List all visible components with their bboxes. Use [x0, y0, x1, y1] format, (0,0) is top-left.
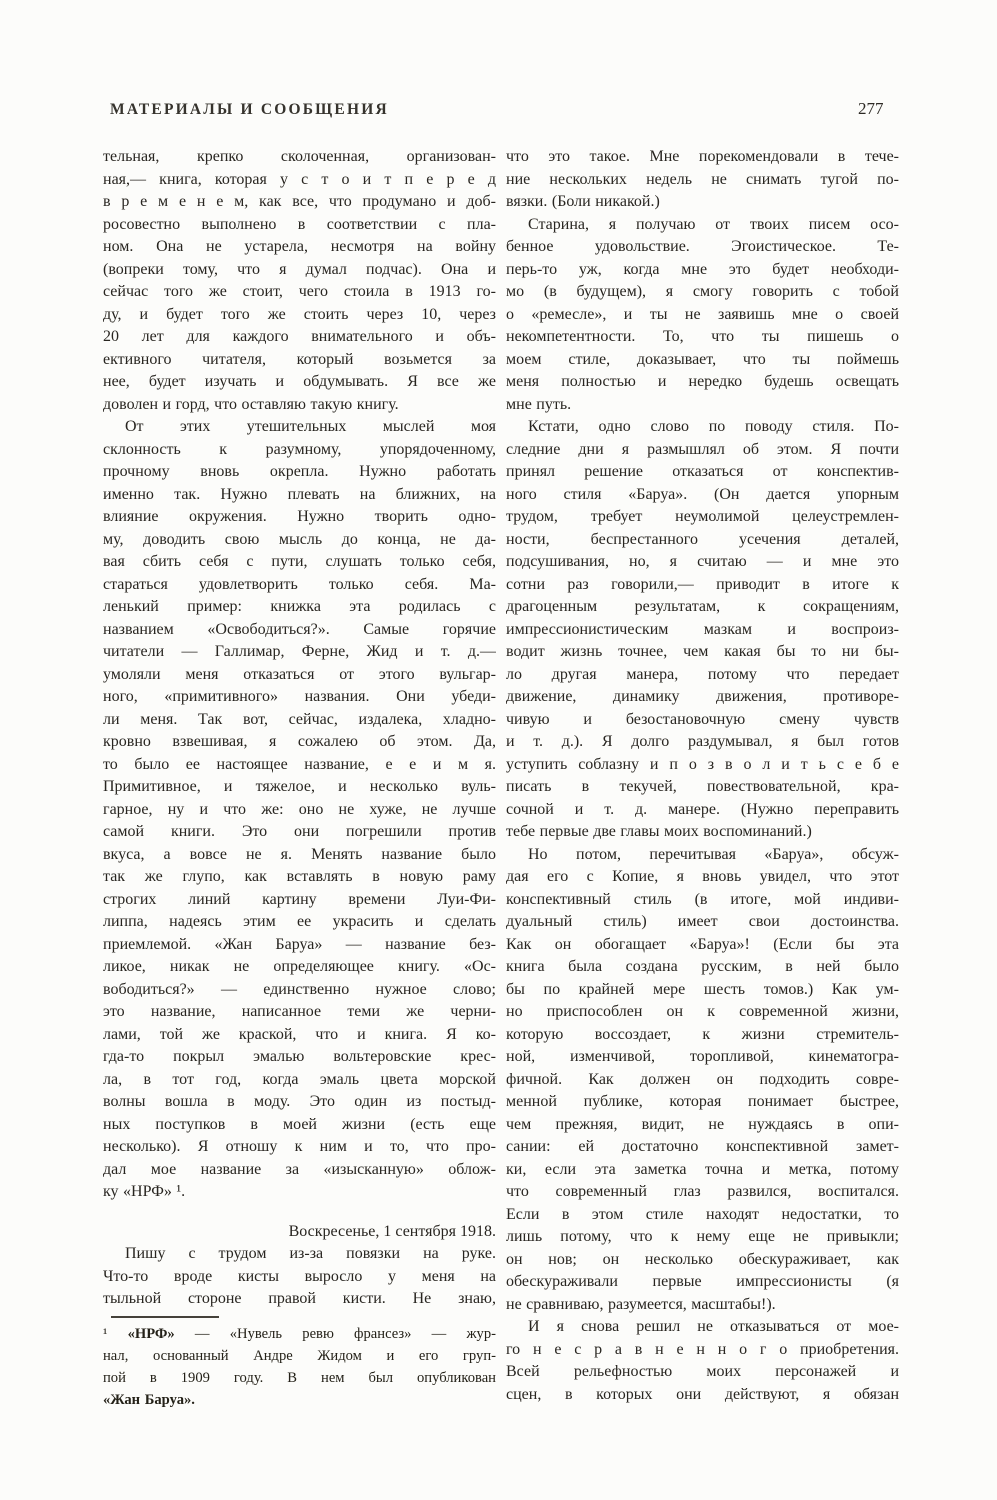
text-line: ки, если эта заметка точна и метка, пото… — [506, 1159, 899, 1182]
text-line: что это такое. Мне порекомендовали в теч… — [506, 146, 899, 169]
text-line: Пишу с трудом из-за повязки на руке. — [103, 1243, 496, 1266]
text-line: ном. Она не устарела, несмотря на войну — [103, 236, 496, 259]
text-line: лами, той же краской, что и книга. Я ко- — [103, 1024, 496, 1047]
text-line: (вопреки тому, что я думал подчас). Она … — [103, 259, 496, 282]
text-line: движение, динамику движения, противоре- — [506, 686, 899, 709]
text-line: нал, основанный Андре Жидом и его груп- — [103, 1345, 496, 1367]
text-line: Старина, я получаю от твоих писем осо- — [506, 214, 899, 237]
text-line: конспективный стиль (в итоге, мой индиви… — [506, 889, 899, 912]
text-line: нее, будет изучать и обдумывать. Я все ж… — [103, 371, 496, 394]
text-line: книга была создана русским, в ней было — [506, 956, 899, 979]
paragraph: Но потом, перечитывая «Баруа», обсуж-дая… — [506, 844, 899, 1317]
text-line: умоляли меня отказаться от этого вульгар… — [103, 664, 496, 687]
text-line: и т. д.). Я долго раздумывал, я был гото… — [506, 731, 899, 754]
text-line: ных поступков в моей жизни (есть еще — [103, 1114, 496, 1137]
text-line: о «ремесле», и ты не заявишь мне о своей — [506, 304, 899, 327]
text-line: принял решение отказаться от конспектив- — [506, 461, 899, 484]
text-line: тебе первые две главы моих воспоминаний.… — [506, 821, 899, 844]
text-line: му, доводить свою мысль до конца, не да- — [103, 529, 496, 552]
text-line: трудом, требует неумолимой целеустремлен… — [506, 506, 899, 529]
text-line: лишь потому, что к нему еще не привыкли; — [506, 1226, 899, 1249]
text-line: которую воссоздает, к жизни стремитель- — [506, 1024, 899, 1047]
text-line: гарное, ну и что же: оно не хуже, не луч… — [103, 799, 496, 822]
text-line: сейчас того же стоит, чего стоила в 1913… — [103, 281, 496, 304]
text-line: что современный глаз развился, воспиталс… — [506, 1181, 899, 1204]
text-line: ной, изменчивой, торопливой, кинематогра… — [506, 1046, 899, 1069]
text-line: тыльной стороне правой кисти. Не знаю, — [103, 1288, 496, 1311]
text-line: ности, беспрестанного усечения деталей, — [506, 529, 899, 552]
text-line: волны вошла в моду. Это один из постыд- — [103, 1091, 496, 1114]
text-line: Примитивное, и тяжелое, и несколько вуль… — [103, 776, 496, 799]
text-line: бы по крайней мере шесть томов.) Как ум- — [506, 979, 899, 1002]
text-line: пой в 1909 году. В нем был опубликован — [103, 1367, 496, 1389]
paragraph: От этих утешительных мыслей моясклонност… — [103, 416, 496, 1204]
text-line: следние дни я размышлял об этом. Я почти — [506, 439, 899, 462]
text-line: ла, в тот год, когда эмаль цвета морской — [103, 1069, 496, 1092]
text-line: несколько). Я отношу к ним и то, что про… — [103, 1136, 496, 1159]
paragraph: Пишу с трудом из-за повязки на руке.Что-… — [103, 1243, 496, 1311]
text-line: меня полностью и нередко будешь освещать — [506, 371, 899, 394]
text-line: водит жизнь точнее, чем какая бы то ни б… — [506, 641, 899, 664]
text-line: мо (в будущем), я смогу говорить с тобой — [506, 281, 899, 304]
paragraph: тельная, крепко сколоченная, организован… — [103, 146, 496, 416]
text-line: названием «Освободиться?». Самые горячие — [103, 619, 496, 642]
text-line: сочной и т. д. манере. (Нужно переправит… — [506, 799, 899, 822]
text-line: Как он обогащает «Баруа»! (Если бы эта — [506, 934, 899, 957]
text-line: некомпетентности. То, что ты пишешь о — [506, 326, 899, 349]
text-line: бенное удовольствие. Эгоистическое. Те- — [506, 236, 899, 259]
page-number: 277 — [858, 99, 884, 119]
text-line: вкуса, а вовсе не я. Менять название был… — [103, 844, 496, 867]
text-line: писать в текучей, повествовательной, кра… — [506, 776, 899, 799]
text-line: ние нескольких недель не снимать тугой п… — [506, 169, 899, 192]
text-line: И я снова решил не отказываться от мое- — [506, 1316, 899, 1339]
text-line: ективного читателя, который возьмется за — [103, 349, 496, 372]
text-line: стараться удовлетворить только себя. Ма- — [103, 574, 496, 597]
text-line: приемлемой. «Жан Баруа» — название без- — [103, 934, 496, 957]
text-line: От этих утешительных мыслей моя — [103, 416, 496, 439]
text-line: моем стиле, доказывает, что ты поймешь — [506, 349, 899, 372]
text-line: сании: ей достаточно конспективной замет… — [506, 1136, 899, 1159]
text-line: читатели — Галлимар, Ферне, Жид и т. д.— — [103, 641, 496, 664]
bold-text: «НРФ» — [128, 1326, 175, 1342]
text-line: ликое, никак не определяющее книгу. «Ос- — [103, 956, 496, 979]
text-line: доволен и горд, что оставляю такую книгу… — [103, 394, 496, 417]
text-line: Кстати, одно слово по поводу стиля. По- — [506, 416, 899, 439]
text-line: он нов; он несколько обескураживает, как — [506, 1249, 899, 1272]
text-line: прочному вновь окрепла. Нужно работать — [103, 461, 496, 484]
paragraph: что это такое. Мне порекомендовали в теч… — [506, 146, 899, 214]
text-line: чем прежняя, видит, не нуждаясь в опи- — [506, 1114, 899, 1137]
text-line: перь-то уж, когда мне это будет необходи… — [506, 259, 899, 282]
text-line: гда-то покрыл эмалью вольтеровские крес- — [103, 1046, 496, 1069]
date-line: Воскресенье, 1 сентября 1918. — [103, 1221, 496, 1244]
text-line: обескураживали первые импрессионисты (я — [506, 1271, 899, 1294]
footnote: ¹ «НРФ» — «Нувель ревю франсез» — жур-на… — [103, 1316, 496, 1411]
text-line: Всей рельефностью моих персонажей и — [506, 1361, 899, 1384]
text-line: самой книги. Это они погрешили против — [103, 821, 496, 844]
text-line: ного стиля «Баруа». (Он дается упорным — [506, 484, 899, 507]
text: пой в 1909 году. В нем был опубликован — [103, 1370, 496, 1386]
text-line: ¹ «НРФ» — «Нувель ревю франсез» — жур- — [103, 1323, 496, 1345]
text-line: Но потом, перечитывая «Баруа», обсуж- — [506, 844, 899, 867]
footnote-rule — [111, 1316, 219, 1318]
text-line: то было ее настоящее название, е е и м я… — [103, 754, 496, 777]
text-line: так же глупо, как вставлять в новую раму — [103, 866, 496, 889]
text-line: «Жан Баруа». — [103, 1389, 496, 1411]
paragraph: И я снова решил не отказываться от мое-г… — [506, 1316, 899, 1406]
text-line: ло другая манера, потому что передает — [506, 664, 899, 687]
text-line: менной публике, которая понимает быстрее… — [506, 1091, 899, 1114]
text-line: не сравниваю, разумеется, масштабы!). — [506, 1294, 899, 1317]
text-line: сцен, в которых они действуют, я обязан — [506, 1384, 899, 1407]
text-line: подсушивания, но, я считаю — и мне это — [506, 551, 899, 574]
text-line: чивую и безостановочную смену чувств — [506, 709, 899, 732]
text-line: влияние окружения. Нужно творить одно- — [103, 506, 496, 529]
text-line: Что-то вроде кисты выросло у меня на — [103, 1266, 496, 1289]
book-page: МАТЕРИАЛЫ И СООБЩЕНИЯ 277 тельная, крепк… — [0, 0, 997, 1500]
text-line: мне путь. — [506, 394, 899, 417]
text-line: дая его с Копие, я вновь увидел, что это… — [506, 866, 899, 889]
text-line: вая сбить себя с пути, слушать только се… — [103, 551, 496, 574]
text-line: кровно взвешивая, я сожалею об этом. Да, — [103, 731, 496, 754]
right-column: что это такое. Мне порекомендовали в теч… — [506, 146, 899, 1406]
text-line: фичной. Как должен он подходить совре- — [506, 1069, 899, 1092]
text: — «Нувель ревю франсез» — жур- — [175, 1326, 496, 1342]
text-line: склонность к разумному, упорядоченному, — [103, 439, 496, 462]
text-line: Если в этом стиле находят недостатки, то — [506, 1204, 899, 1227]
text-line: строгих линий картину времени Луи-Фи- — [103, 889, 496, 912]
paragraph: Старина, я получаю от твоих писем осо-бе… — [506, 214, 899, 417]
text-line: именно так. Нужно плевать на ближних, на — [103, 484, 496, 507]
text-line: росовестно выполнено в соответствии с пл… — [103, 214, 496, 237]
text-line: ку «НРФ» ¹. — [103, 1181, 496, 1204]
text: нал, основанный Андре Жидом и его груп- — [103, 1348, 496, 1364]
text-line: липпа, надеясь этим ее украсить и сделат… — [103, 911, 496, 934]
text-line: дуальный стиль) имеет свои достоинства. — [506, 911, 899, 934]
text-line: ду, и будет того же стоить через 10, чер… — [103, 304, 496, 327]
text-line: ного, «примитивного» названия. Они убеди… — [103, 686, 496, 709]
text-line: вязки. (Боли никакой.) — [506, 191, 899, 214]
text-line: это название, написанное теми же черни- — [103, 1001, 496, 1024]
text-line: го н е с р а в н е н н о г о приобретени… — [506, 1339, 899, 1362]
bold-text: «Жан Баруа». — [103, 1392, 195, 1408]
running-header: МАТЕРИАЛЫ И СООБЩЕНИЯ — [110, 101, 389, 119]
text-line: сотни раз говорили,— приводит в итоге к — [506, 574, 899, 597]
text-line: ная,— книга, которая у с т о и т п е р е… — [103, 169, 496, 192]
text-line: ли меня. Так вот, сейчас, издалека, хлад… — [103, 709, 496, 732]
text-line: импрессионистическим мазкам и воспроиз- — [506, 619, 899, 642]
text-line: 20 лет для каждого внимательного и объ- — [103, 326, 496, 349]
text-line: вободиться?» — единственно нужное слово; — [103, 979, 496, 1002]
left-column: тельная, крепко сколоченная, организован… — [103, 146, 496, 1411]
text-line: тельная, крепко сколоченная, организован… — [103, 146, 496, 169]
text-line: в р е м е н е м, как все, что продумано … — [103, 191, 496, 214]
paragraph: Кстати, одно слово по поводу стиля. По-с… — [506, 416, 899, 844]
text-line: дал мое название за «изысканную» облож- — [103, 1159, 496, 1182]
text-line: уступить соблазну и п о з в о л и т ь с … — [506, 754, 899, 777]
text-line: ленький пример: книжка эта родилась с — [103, 596, 496, 619]
text: ¹ — [103, 1326, 128, 1342]
text-line: но приспособлен он к современной жизни, — [506, 1001, 899, 1024]
text-line: драгоценным результатам, к сокращениям, — [506, 596, 899, 619]
